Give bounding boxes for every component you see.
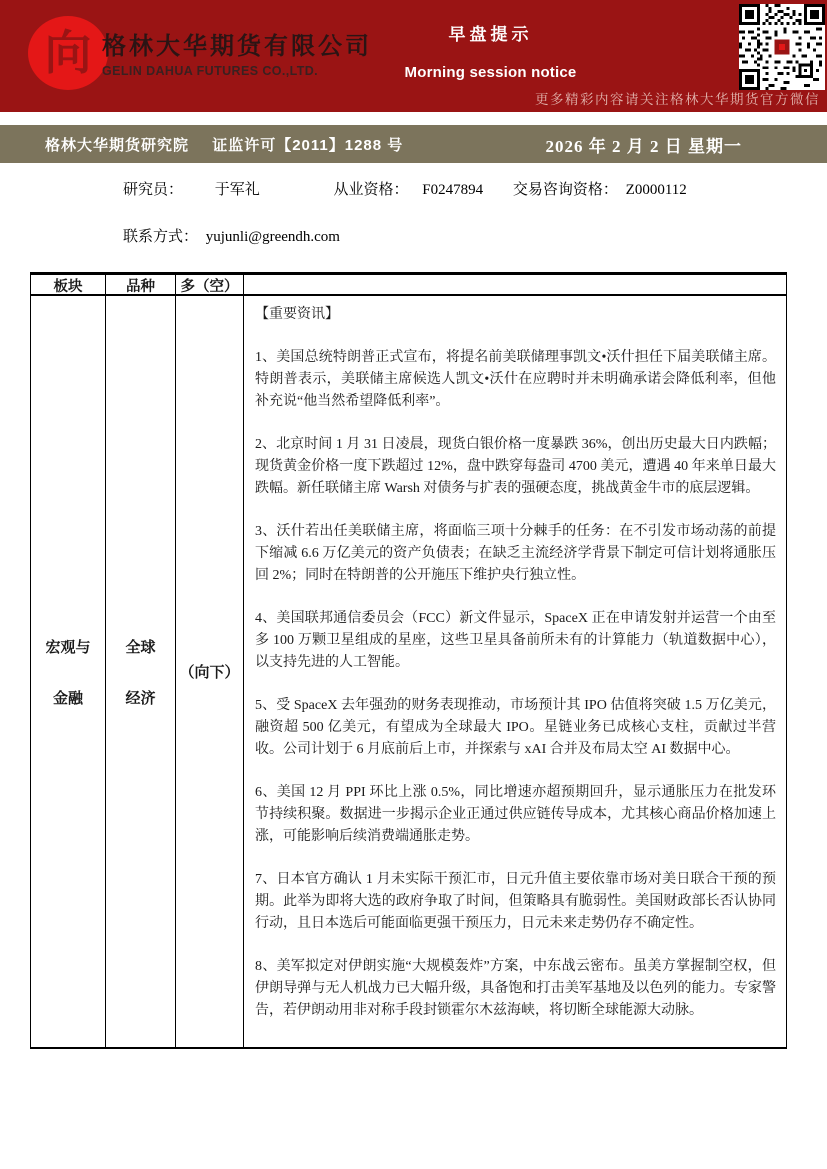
direction-value: （向下）: [179, 661, 239, 682]
contact-label: 联系方式：: [123, 225, 198, 246]
institute-name: 格林大华期货研究院: [45, 137, 189, 154]
wechat-qr-code: [739, 4, 825, 90]
notice-table: 板块 品种 多（空） 宏观与 金融 全球 经济 （向下） 【重要资讯】 1、美国…: [30, 272, 787, 1049]
cell-news-content: 【重要资讯】 1、美国总统特朗普正式宣布，将提名前美联储理事凯文•沃什担任下届美…: [244, 296, 786, 1047]
news-item: 1、美国总统特朗普正式宣布，将提名前美联储理事凯文•沃什担任下届美联储主席。特朗…: [255, 347, 776, 413]
section-title: 【重要资讯】: [255, 304, 776, 326]
news-item: 2、北京时间 1 月 31 日凌晨，现货白银价格一度暴跌 36%，创出历史最大日…: [255, 434, 776, 500]
sector-line2: 金融: [53, 687, 83, 708]
report-title-block: 早盘提示 Morning session notice: [378, 20, 603, 81]
contact-row: 联系方式： yujunli@greendh.com: [123, 225, 687, 246]
col-header-variety: 品种: [106, 275, 176, 296]
document-page: 向 格林大华期货有限公司 GELIN DAHUA FUTURES CO.,LTD…: [0, 0, 827, 1169]
wechat-follow-note: 更多精彩内容请关注格林大华期货官方微信: [535, 88, 820, 108]
header-banner: 向 格林大华期货有限公司 GELIN DAHUA FUTURES CO.,LTD…: [0, 0, 827, 112]
qualification-number: F0247894: [422, 182, 483, 199]
col-header-content: [244, 275, 786, 296]
news-item: 3、沃什若出任美联储主席，将面临三项十分棘手的任务：在不引发市场动荡的前提下缩减…: [255, 521, 776, 587]
company-logo-icon: 向: [26, 11, 110, 95]
researcher-row: 研究员： 于军礼 从业资格： F0247894 交易咨询资格： Z0000112: [123, 178, 687, 199]
company-name-en: GELIN DAHUA FUTURES CO.,LTD.: [102, 64, 372, 78]
news-item: 8、美军拟定对伊朗实施“大规模轰炸”方案，中东战云密布。虽美方掌握制空权，但伊朗…: [255, 956, 776, 1022]
sector-line1: 宏观与: [45, 636, 90, 657]
report-title-cn: 早盘提示: [378, 20, 603, 45]
variety-line2: 经济: [125, 687, 155, 708]
institute-license: 格林大华期货研究院 证监许可【2011】1288 号: [45, 134, 403, 155]
researcher-name: 于军礼: [215, 178, 260, 199]
cell-sector: 宏观与 金融: [31, 296, 106, 1047]
researcher-label: 研究员：: [123, 178, 183, 199]
news-item: 4、美国联邦通信委员会（FCC）新文件显示，SpaceX 正在申请发射并运营一个…: [255, 608, 776, 674]
company-name-cn: 格林大华期货有限公司: [102, 26, 372, 61]
variety-line1: 全球: [125, 636, 155, 657]
news-items: 1、美国总统特朗普正式宣布，将提名前美联储理事凯文•沃什担任下届美联储主席。特朗…: [255, 347, 776, 1022]
svg-text:向: 向: [45, 28, 92, 80]
news-item: 6、美国 12 月 PPI 环比上涨 0.5%，同比增速亦超预期回升，显示通胀压…: [255, 782, 776, 848]
license-date-bar: 格林大华期货研究院 证监许可【2011】1288 号 2026 年 2 月 2 …: [0, 125, 827, 163]
cell-variety: 全球 经济: [106, 296, 176, 1047]
table-body-row: 宏观与 金融 全球 经济 （向下） 【重要资讯】 1、美国总统特朗普正式宣布，将…: [30, 296, 787, 1049]
license-number: 证监许可【2011】1288 号: [212, 137, 403, 154]
qualification-label: 从业资格：: [334, 178, 409, 199]
news-item: 7、日本官方确认 1 月未实际干预汇市，日元升值主要依靠市场对美日联合干预的预期…: [255, 869, 776, 935]
researcher-info: 研究员： 于军礼 从业资格： F0247894 交易咨询资格： Z0000112…: [123, 178, 687, 246]
advisory-label: 交易咨询资格：: [513, 178, 618, 199]
report-date: 2026 年 2 月 2 日 星期一: [546, 132, 743, 157]
table-header-row: 板块 品种 多（空）: [30, 272, 787, 296]
advisory-number: Z0000112: [626, 182, 687, 199]
cell-direction: （向下）: [176, 296, 244, 1047]
contact-email: yujunli@greendh.com: [206, 229, 340, 246]
col-header-sector: 板块: [31, 275, 106, 296]
report-title-en: Morning session notice: [378, 64, 603, 81]
company-name-block: 格林大华期货有限公司 GELIN DAHUA FUTURES CO.,LTD.: [102, 26, 372, 78]
col-header-direction: 多（空）: [176, 275, 244, 296]
news-item: 5、受 SpaceX 去年强劲的财务表现推动，市场预计其 IPO 估值将突破 1…: [255, 695, 776, 761]
